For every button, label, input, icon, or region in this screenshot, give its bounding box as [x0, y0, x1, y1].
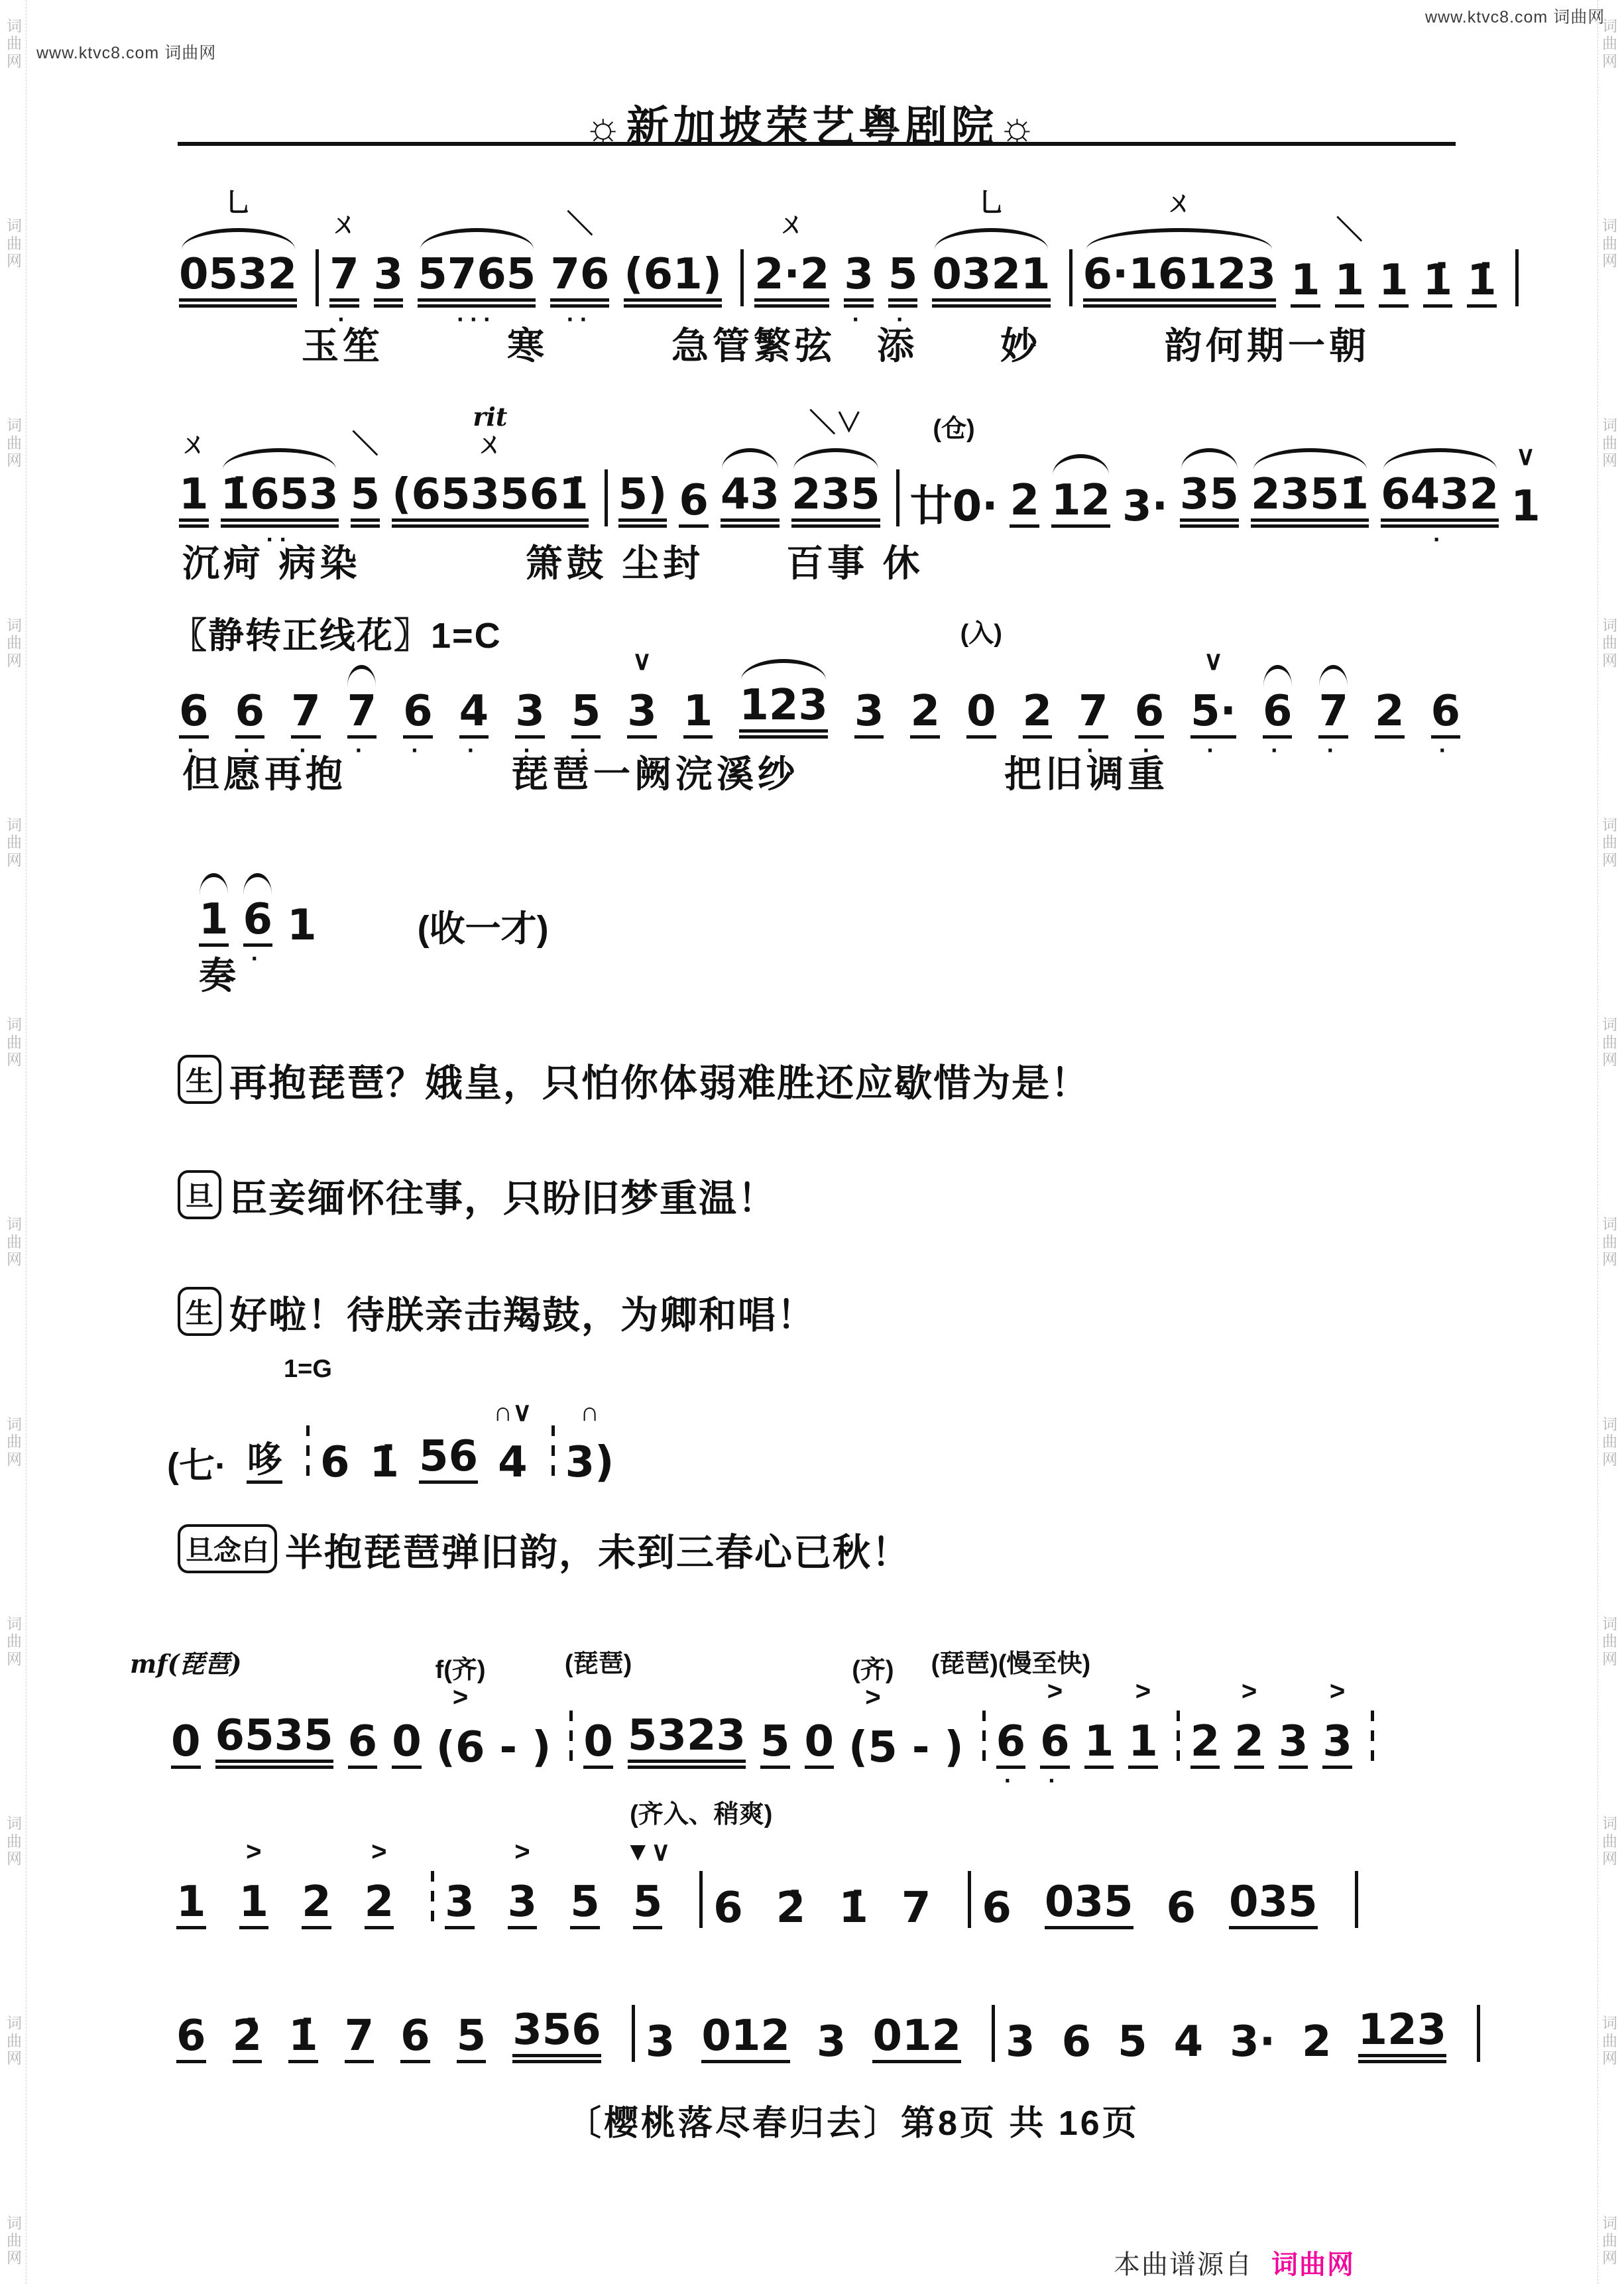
slur-tie-arc — [741, 659, 826, 680]
lyrics-line-4: 奏 — [199, 947, 240, 1000]
note-token: 3· — [1122, 485, 1168, 528]
octave-dots: · — [1431, 739, 1461, 762]
role-badge-sheng: 生 — [178, 1055, 221, 1104]
barline: (齐入、稍爽) — [699, 1871, 703, 1928]
side-watermark-text: 词 曲 网 — [7, 1215, 22, 1268]
score-annotation: (入) — [960, 621, 1002, 646]
score-mark: > — [865, 1684, 880, 1711]
score-mark: > — [1135, 1678, 1151, 1705]
note-token: 0532乚 — [179, 253, 297, 308]
note-token: 1 — [176, 1881, 206, 1929]
barline — [1477, 2005, 1480, 2062]
slur-tie-arc — [243, 873, 272, 894]
score-mark: ＼ — [1336, 217, 1363, 243]
note-token: 6· — [1263, 690, 1293, 739]
note-token: 56 — [419, 1435, 478, 1484]
score-mark: ㄨ — [477, 431, 503, 457]
score-annotation: rit — [473, 404, 507, 430]
slur-tie-arc — [420, 228, 534, 249]
note-token: 6535 — [215, 1714, 333, 1769]
note-token: 4· — [459, 690, 489, 739]
note-token: 5323 — [628, 1714, 746, 1769]
note-token: 12 — [1051, 479, 1110, 528]
note-token: 2 — [910, 690, 940, 739]
note-token: 123 — [1358, 2009, 1447, 2063]
barline — [740, 249, 744, 306]
slur-tie-arc — [935, 228, 1048, 249]
octave-dots: · — [1381, 528, 1499, 552]
note-token: 1̇ — [370, 1441, 400, 1484]
score-annotation: 1=G — [284, 1356, 332, 1382]
note-token: 3)∩ — [565, 1441, 614, 1484]
slur-tie-arc — [1319, 665, 1348, 686]
score-annotation: (齐) — [852, 1657, 894, 1683]
note-token: 6· — [179, 690, 209, 739]
note-token: 3 — [1006, 2021, 1035, 2063]
note-token: 5· — [571, 690, 601, 739]
score-annotation: (齐入、稍爽) — [630, 1802, 772, 1827]
top-left-watermark: www.ktvc8.com 词曲网 — [36, 40, 216, 64]
note-token: 5▼∨ — [633, 1881, 663, 1929]
side-watermark-text: 词 曲 网 — [7, 416, 22, 469]
side-watermark-text: 词 曲 网 — [7, 617, 22, 669]
dashed-barline — [982, 1711, 986, 1768]
note-token: 2 — [302, 1881, 331, 1929]
note-token: 2 — [1375, 690, 1405, 739]
note-token: 1̇ — [288, 2015, 318, 2063]
note-token: 5) — [618, 473, 667, 528]
octave-dots: · — [1190, 739, 1236, 762]
note-token: 1 — [1084, 1720, 1114, 1769]
score-mark: ＼ — [352, 431, 378, 457]
note-token: 7ㄨ· — [329, 253, 359, 308]
slur-tie-arc — [182, 228, 295, 249]
dialogue-sheng-1: 生再抱琵琶？娥皇，只怕你体弱难胜还应歇惜为是！ — [178, 1053, 1470, 1107]
source-prefix: 本曲谱源自 — [1114, 2250, 1253, 2279]
note-token: 035 — [1045, 1881, 1133, 1929]
slur-tie-arc — [1263, 665, 1292, 686]
title-rule — [178, 142, 1456, 146]
slur-tie-arc — [1086, 228, 1272, 249]
note-token: 035 — [1229, 1881, 1318, 1929]
note-token: 6 — [713, 1887, 743, 1929]
note-token: 6 — [1062, 2021, 1092, 2063]
note-token: 6· — [235, 690, 265, 739]
note-token: 2 — [1190, 1720, 1220, 1769]
note-token: 6 — [982, 1887, 1012, 1929]
note-token: 5＼ — [351, 473, 380, 528]
score-mark: ＼∨ — [809, 410, 862, 436]
side-watermark-text: 词 曲 网 — [1602, 1815, 1617, 1867]
dashed-barline — [1177, 1711, 1180, 1768]
score-annotation: (琵琶) — [565, 1652, 632, 1677]
note-token: 35 — [1180, 473, 1239, 528]
note-token: 2351̇ — [1251, 473, 1369, 528]
barline — [1355, 1871, 1358, 1928]
note-token: 3 — [445, 1881, 475, 1929]
octave-dots: · — [996, 1769, 1026, 1793]
note-token: 3· — [1230, 2021, 1275, 2063]
note-token: 0 — [392, 1720, 422, 1769]
note-token: 7· — [347, 690, 377, 739]
side-watermark-text: 词 曲 网 — [1602, 1215, 1617, 1268]
score-annotation: f(齐) — [435, 1657, 486, 1683]
note-token: - — [912, 1726, 930, 1769]
side-watermark-text: 词 曲 网 — [1602, 617, 1617, 669]
note-token: 5765··· — [418, 253, 536, 308]
score-mark: > — [1242, 1678, 1257, 1705]
note-token: 6 — [679, 479, 709, 528]
note-token: 2·2ㄨ — [754, 253, 829, 308]
note-token: 7· — [291, 690, 321, 739]
note-token: 2> — [1234, 1720, 1264, 1769]
side-watermark-text: 词 曲 网 — [7, 1016, 22, 1068]
slur-tie-arc — [1181, 448, 1238, 469]
note-token: 5 — [457, 2015, 487, 2063]
jianpu-line-6: 0mf(琵琶)653560(6>f(齐)-)0(琵琶)532350(5>(齐)-… — [171, 1705, 1385, 1769]
side-watermark-text: 词 曲 网 — [7, 1415, 22, 1468]
note-token: 6·16123ㄨ — [1083, 253, 1277, 308]
note-token: 7· — [1318, 690, 1348, 739]
note-token: 6· — [1431, 690, 1461, 739]
note-token: 5 — [1118, 2021, 1147, 2063]
note-token: 1> — [239, 1881, 269, 1929]
note-token: 0 — [805, 1720, 835, 1769]
note-token: (5>(齐) — [848, 1726, 898, 1769]
dashed-barline — [1371, 1711, 1374, 1768]
score-mark: 乚 — [978, 190, 1004, 216]
dialogue-text: 再抱琵琶？娥皇，只怕你体弱难胜还应歇惜为是！ — [229, 1062, 1090, 1105]
note-token: 6432· — [1381, 473, 1499, 528]
note-token: 1 — [287, 904, 317, 947]
note-token: ) — [944, 1726, 963, 1769]
barline — [968, 1871, 971, 1928]
side-watermark-text: 词 曲 网 — [7, 2214, 22, 2267]
note-token: 3 — [646, 2021, 675, 2063]
dashed-barline — [569, 1711, 573, 1768]
note-token: 6 — [176, 2015, 206, 2063]
note-token: 5·∨· — [1190, 690, 1236, 739]
note-token: 6>· — [1040, 1720, 1070, 1769]
lyrics-line-1: 玉笙 寒 急管繁弦 添 妙 韵何期一朝 — [302, 317, 1370, 370]
footer-page-info: 〔樱桃落尽春归去〕第8页 共 16页 — [567, 2095, 1139, 2145]
barline — [1515, 249, 1519, 306]
score-mark: ㄨ — [331, 211, 357, 237]
barline — [605, 469, 608, 526]
note-token: 6 — [348, 1720, 378, 1769]
score-mark: > — [1330, 1678, 1345, 1705]
note-token: 4∩∨ — [498, 1441, 528, 1484]
lyrics-line-3: 但愿再抱 琵琶一阙浣溪纱 把旧调重 — [182, 745, 1169, 798]
note-token: (61) — [624, 253, 722, 308]
note-token: 1 — [683, 690, 713, 739]
note-token: 1> — [1128, 1720, 1158, 1769]
score-annotation: mf(琵琶) — [130, 1652, 242, 1677]
note-token: 2 — [1023, 690, 1053, 739]
score-mark: ∨ — [1516, 443, 1535, 469]
octave-dots: · — [1318, 739, 1348, 762]
dialogue-text: 好啦！待朕亲击羯鼓，为卿和唱！ — [229, 1294, 816, 1337]
note-token: 3∨ — [627, 690, 657, 739]
note-token: - — [500, 1726, 518, 1769]
side-watermark-text: 词 曲 网 — [7, 1815, 22, 1867]
jianpu-line-1: 0532乚7ㄨ·35765···76＼··(61)2·2ㄨ3·5·0321乚6·… — [179, 244, 1529, 308]
jianpu-line-5: (七·哆1=G61̇564∩∨3)∩ — [167, 1420, 634, 1484]
note-token: 6· — [243, 898, 273, 947]
section-label: 〖静转正线花〗1=C — [171, 607, 502, 658]
score-mark: > — [514, 1838, 530, 1865]
note-token: 6· — [403, 690, 433, 739]
note-token: 3 — [1279, 1720, 1308, 1769]
note-token: 5 — [570, 1881, 600, 1929]
jianpu-line-4: 16·1(收一才) — [199, 883, 563, 947]
score-text-token: (收一才) — [418, 911, 549, 947]
side-watermark-text: 词 曲 网 — [1602, 2014, 1617, 2067]
barline — [316, 249, 319, 306]
score-text-token: 哆 — [247, 1442, 282, 1484]
score-mark: ∨ — [632, 648, 652, 674]
note-token: 3· — [844, 253, 874, 308]
note-token: 0(琵琶) — [583, 1720, 613, 1769]
source-note: 本曲谱源自词曲网 — [1114, 2244, 1355, 2281]
note-token: 廿0·(仓) — [910, 485, 998, 528]
score-mark: ∩∨ — [493, 1399, 532, 1425]
note-token: 2 — [1302, 2021, 1332, 2063]
note-token: 6 — [400, 2015, 430, 2063]
barline — [1069, 249, 1073, 306]
note-token: 2 — [1010, 479, 1039, 528]
score-mark: ㄨ — [180, 431, 207, 457]
note-token: ) — [532, 1726, 551, 1769]
slur-tie-arc — [347, 665, 376, 686]
note-token: 76＼·· — [550, 253, 609, 308]
sheet-music-page: 词 曲 网词 曲 网词 曲 网词 曲 网词 曲 网词 曲 网词 曲 网词 曲 网… — [0, 0, 1624, 2284]
source-site-link[interactable]: 词曲网 — [1271, 2250, 1355, 2279]
barline — [896, 469, 899, 526]
note-token: 3 — [374, 253, 404, 308]
score-mark: ＼ — [567, 211, 593, 237]
score-annotation: (琵琶)(慢至快) — [931, 1652, 1091, 1677]
right-edge-watermark: 词 曲 网词 曲 网词 曲 网词 曲 网词 曲 网词 曲 网词 曲 网词 曲 网… — [1597, 0, 1621, 2284]
slur-tie-arc — [1383, 448, 1497, 469]
note-token: 6 — [1167, 1887, 1196, 1929]
note-token: 6 — [320, 1441, 350, 1484]
side-watermark-text: 词 曲 网 — [1602, 1415, 1617, 1468]
note-token: 0(入) — [966, 690, 996, 739]
slur-tie-arc — [1053, 454, 1110, 475]
side-watermark-text: 词 曲 网 — [7, 17, 22, 70]
note-token: 1 — [1291, 259, 1320, 308]
dashed-barline: 1=G — [306, 1425, 310, 1482]
side-watermark-text: 词 曲 网 — [1602, 1016, 1617, 1068]
score-mark: ∩ — [580, 1399, 599, 1425]
role-badge-dan: 旦 — [178, 1170, 221, 1219]
note-token: 1∨ — [1511, 485, 1540, 528]
note-token: 4 — [1174, 2021, 1204, 2063]
note-token: 7 — [901, 1887, 931, 1929]
slur-tie-arc — [223, 448, 336, 469]
side-watermark-text: 词 曲 网 — [1602, 816, 1617, 869]
note-token: 43 — [721, 473, 780, 528]
octave-dots: · — [1040, 1769, 1070, 1793]
slur-tie-arc — [1253, 448, 1367, 469]
dialogue-dan-nianbai: 旦念白半抱琵琶弹旧韵，未到三春心已秋！ — [178, 1522, 1470, 1577]
score-mark: 乚 — [225, 190, 251, 216]
note-token: 1̇653·· — [221, 473, 339, 528]
dashed-barline — [431, 1871, 434, 1928]
jianpu-line-3: 6·6·7·7·6·4·3·5·3∨1123320(入)27·6·5·∨·6·7… — [179, 675, 1487, 739]
note-token: 3> — [508, 1881, 538, 1929]
side-watermark-text: 词 曲 网 — [7, 217, 22, 269]
side-watermark-text: 词 曲 网 — [7, 816, 22, 869]
score-annotation: (仓) — [933, 416, 974, 442]
side-watermark-text: 词 曲 网 — [1602, 217, 1617, 269]
score-mark: ∨ — [1204, 648, 1223, 674]
note-token: 6·(琵琶)(慢至快) — [996, 1720, 1026, 1769]
dialogue-dan-1: 旦臣妾缅怀往事，只盼旧梦重温！ — [178, 1168, 1470, 1223]
note-token: 0321乚 — [932, 253, 1050, 308]
barline — [632, 2005, 635, 2062]
note-token: 2̇ — [776, 1887, 806, 1929]
score-mark: > — [246, 1838, 261, 1865]
note-token: 2> — [365, 1881, 394, 1929]
score-mark: > — [1047, 1678, 1063, 1705]
note-token: 3> — [1322, 1720, 1352, 1769]
score-mark: ㄨ — [1166, 190, 1192, 216]
role-badge-sheng: 生 — [178, 1287, 221, 1336]
dialogue-text: 半抱琵琶弹旧韵，未到三春心已秋！ — [285, 1532, 911, 1574]
note-token: 1 — [1379, 259, 1409, 308]
note-token: 5 — [760, 1720, 790, 1769]
note-token: (653561̇ㄨrit — [392, 473, 588, 528]
note-token: 1̇ — [1423, 259, 1453, 308]
note-token: 012 — [872, 2015, 961, 2063]
note-token: 1̇ — [1467, 259, 1497, 308]
barline — [992, 2005, 995, 2062]
note-token: 3 — [854, 690, 884, 739]
note-token: 0mf(琵琶) — [171, 1720, 201, 1769]
side-watermark-text: 词 曲 网 — [7, 2014, 22, 2067]
note-token: 123 — [739, 684, 828, 739]
note-token: 1＼ — [1335, 259, 1365, 308]
score-mark: > — [371, 1838, 386, 1865]
note-token: 356 — [512, 2009, 601, 2063]
note-token: (6>f(齐) — [436, 1726, 485, 1769]
octave-dots: · — [243, 947, 273, 971]
left-edge-watermark: 词 曲 网词 曲 网词 曲 网词 曲 网词 曲 网词 曲 网词 曲 网词 曲 网… — [3, 0, 27, 2284]
top-right-watermark: www.ktvc8.com 词曲网 — [1425, 4, 1605, 28]
note-token: 7 — [345, 2015, 375, 2063]
jianpu-line-2: 1ㄨ1̇653··5＼(653561̇ㄨrit5)643235＼∨廿0·(仓)2… — [179, 464, 1552, 528]
dialogue-sheng-2: 生好啦！待朕亲击羯鼓，为卿和唱！ — [178, 1285, 1470, 1339]
note-token: 7· — [1078, 690, 1108, 739]
slur-tie-arc — [200, 873, 228, 894]
slur-tie-arc — [793, 448, 878, 469]
role-badge-dan-nianbai: 旦念白 — [178, 1524, 277, 1573]
side-watermark-text: 词 曲 网 — [1602, 2214, 1617, 2267]
score-mark: ▼∨ — [625, 1838, 671, 1865]
note-token: 1̇ — [839, 1887, 868, 1929]
score-mark: ㄨ — [779, 211, 805, 237]
jianpu-line-8: 62̇1̇7653563012301236543·2123 — [176, 2000, 1491, 2063]
side-watermark-text: 词 曲 网 — [1602, 416, 1617, 469]
slur-tie-arc — [722, 448, 779, 469]
note-token: 1ㄨ — [179, 473, 209, 528]
dashed-barline — [551, 1425, 555, 1482]
score-mark: > — [453, 1684, 468, 1711]
jianpu-line-7: 11>22>33>55▼∨(齐入、稍爽)62̇1̇760356035 — [176, 1866, 1369, 1929]
note-token: 2̇ — [233, 2015, 262, 2063]
note-token: 1 — [199, 898, 229, 947]
side-watermark-text: 词 曲 网 — [1602, 1615, 1617, 1667]
octave-dots: · — [1263, 739, 1293, 762]
dialogue-text: 臣妾缅怀往事，只盼旧梦重温！ — [229, 1177, 777, 1220]
side-watermark-text: 词 曲 网 — [7, 1615, 22, 1667]
note-token: 235＼∨ — [791, 473, 880, 528]
note-token: 012 — [701, 2015, 790, 2063]
note-token: 3· — [515, 690, 545, 739]
score-text-token: (七· — [167, 1448, 227, 1484]
lyrics-line-2: 沉疴 病染 箫鼓 尘封 百事 休 — [182, 534, 924, 587]
note-token: 3 — [817, 2021, 846, 2063]
note-token: 6· — [1135, 690, 1165, 739]
note-token: 5· — [888, 253, 918, 308]
